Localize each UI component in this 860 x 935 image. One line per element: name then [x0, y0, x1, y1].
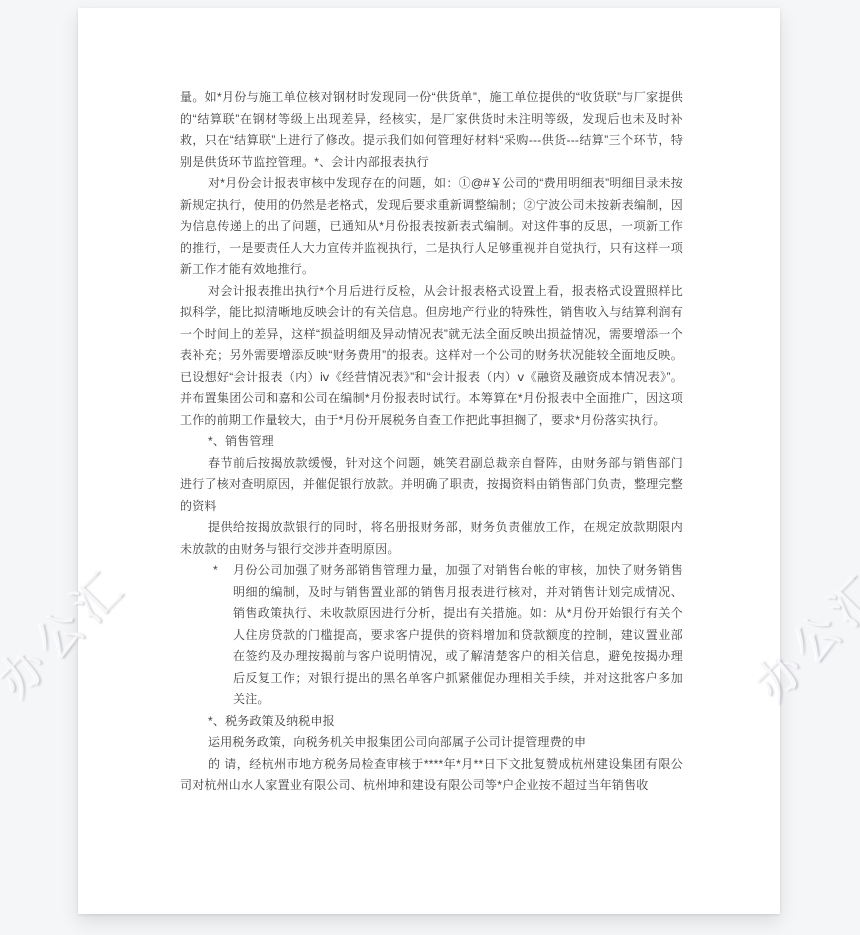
bullet-marker: *: [213, 560, 229, 582]
paragraph: *、税务政策及纳税申报: [180, 711, 683, 733]
paragraph: *、销售管理: [180, 431, 683, 453]
paragraph: 春节前后按揭放款缓慢，针对这个问题，姚笑君副总裁亲自督阵，由财务部与销售部门进行…: [180, 453, 683, 518]
paragraph-text: 月份公司加强了财务部销售管理力量，加强了对销售台帐的审核，加快了财务销售明细的编…: [233, 563, 683, 706]
paragraph: 量。如*月份与施工单位核对钢材时发现同一份“供货单”，施工单位提供的“收货联”与…: [180, 87, 683, 173]
paragraph: 对*月份会计报表审核中发现存在的问题，如：①@#￥公司的“费用明细表”明细目录未…: [180, 173, 683, 281]
paragraph: 运用税务政策，向税务机关申报集团公司向部属子公司计提管理费的申: [180, 732, 683, 754]
paragraph: *月份公司加强了财务部销售管理力量，加强了对销售台帐的审核，加快了财务销售明细的…: [180, 560, 683, 711]
paragraph: 提供给按揭放款银行的同时，将名册报财务部，财务负责催放工作，在规定放款期限内未放…: [180, 517, 683, 560]
paragraph: 对会计报表推出执行*个月后进行反检，从会计报表格式设置上看，报表格式设置照样比拟…: [180, 281, 683, 432]
document-body: 量。如*月份与施工单位核对钢材时发现同一份“供货单”，施工单位提供的“收货联”与…: [180, 87, 683, 797]
document-viewer: 办公汇 办公汇 量。如*月份与施工单位核对钢材时发现同一份“供货单”，施工单位提…: [0, 0, 860, 935]
document-page: 量。如*月份与施工单位核对钢材时发现同一份“供货单”，施工单位提供的“收货联”与…: [78, 8, 780, 914]
paragraph: 的 请，经杭州市地方税务局检查审核于****年*月**日下文批复赞成杭州建设集团…: [180, 754, 683, 797]
